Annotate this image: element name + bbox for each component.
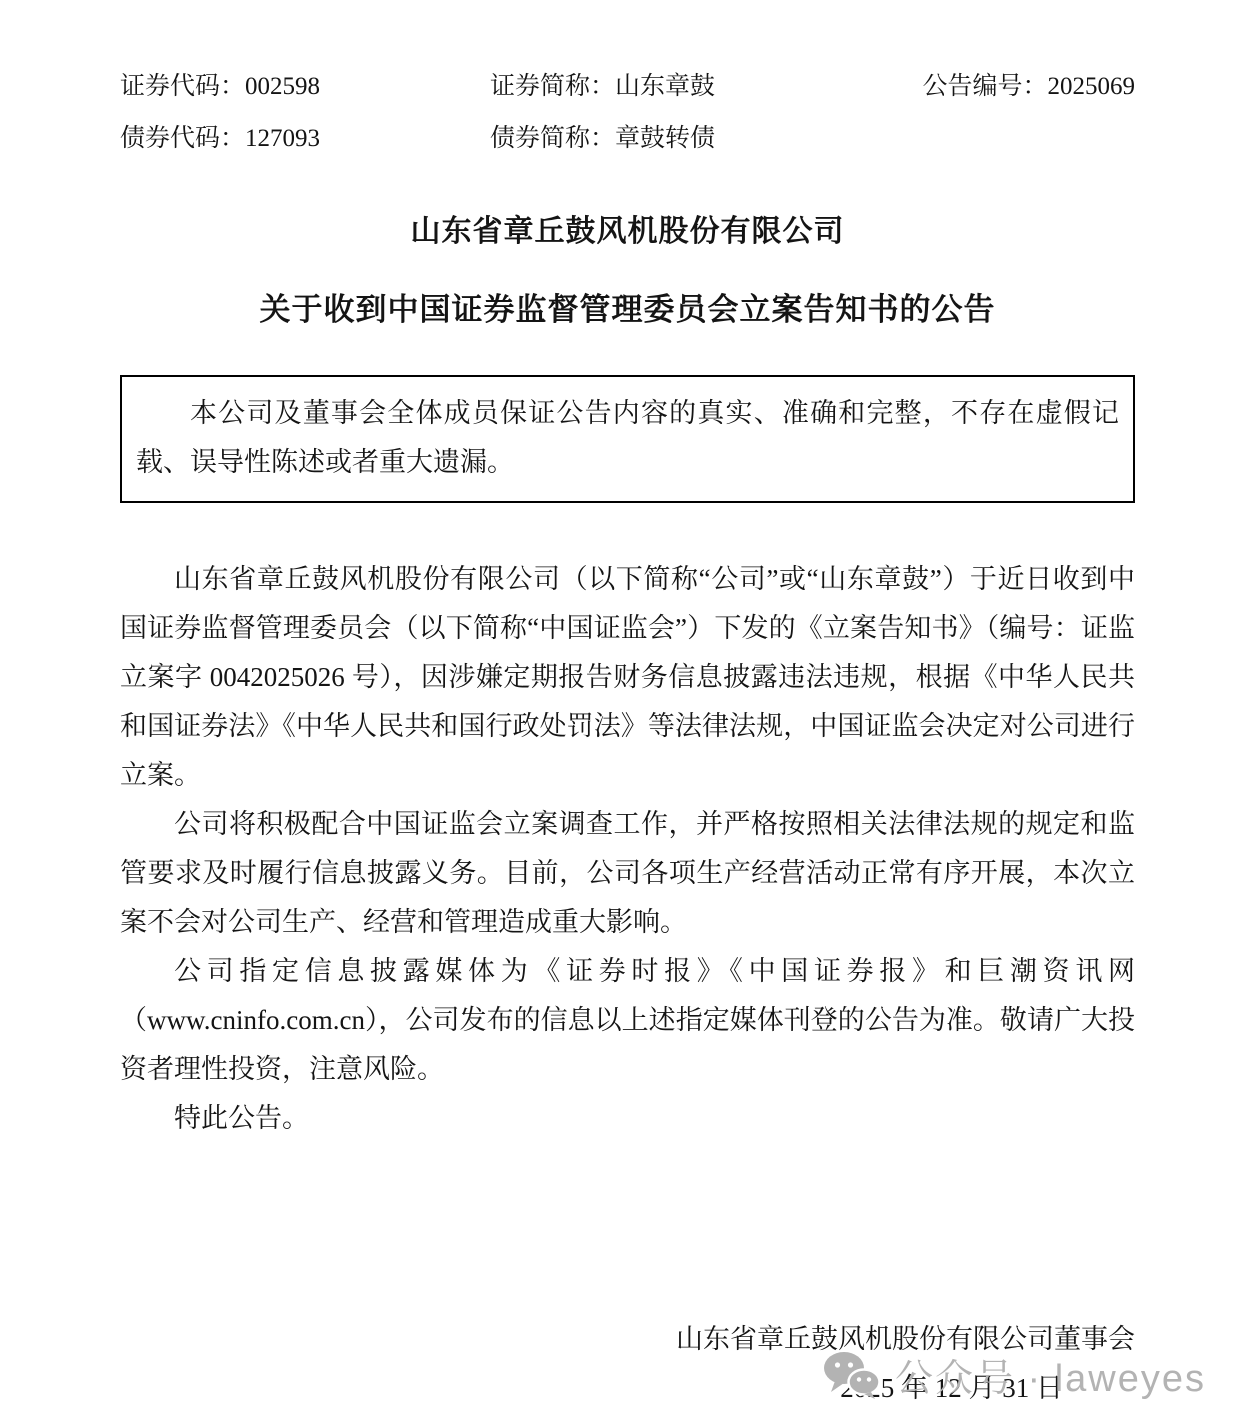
bond-code: 债券代码：127093: [120, 124, 490, 154]
announcement-body: 山东省章丘鼓风机股份有限公司（以下简称“公司”或“山东章鼓”）于近日收到中国证券…: [120, 555, 1135, 1143]
paragraph-filing-notice: 山东省章丘鼓风机股份有限公司（以下简称“公司”或“山东章鼓”）于近日收到中国证券…: [120, 555, 1135, 800]
disclaimer-text: 本公司及董事会全体成员保证公告内容的真实、准确和完整，不存在虚假记载、误导性陈述…: [136, 389, 1119, 487]
wechat-icon: [823, 1351, 881, 1399]
stock-code: 证券代码：002598: [120, 72, 490, 102]
disclaimer-box: 本公司及董事会全体成员保证公告内容的真实、准确和完整，不存在虚假记载、误导性陈述…: [120, 375, 1135, 503]
security-codes-row: 证券代码：002598 证券简称：山东章鼓 公告编号：2025069: [120, 72, 1135, 102]
bond-codes-row: 债券代码：127093 债券简称：章鼓转债: [120, 124, 1135, 154]
announcement-number: 公告编号：2025069: [910, 72, 1135, 102]
watermark-text: 公众号 · laweyes: [895, 1347, 1206, 1402]
paragraph-disclosure-media: 公司指定信息披露媒体为《证券时报》《中国证券报》和巨潮资讯网（www.cninf…: [120, 947, 1135, 1094]
bond-short-name: 债券简称：章鼓转债: [490, 124, 910, 154]
paragraph-closing: 特此公告。: [120, 1094, 1135, 1143]
announcement-document: 证券代码：002598 证券简称：山东章鼓 公告编号：2025069 债券代码：…: [0, 0, 1248, 1426]
announcement-title: 关于收到中国证券监督管理委员会立案告知书的公告: [120, 284, 1135, 329]
watermark-footer: 公众号 · laweyes: [823, 1347, 1206, 1402]
company-name-title: 山东省章丘鼓风机股份有限公司: [120, 206, 1135, 250]
paragraph-cooperation: 公司将积极配合中国证监会立案调查工作，并严格按照相关法律法规的规定和监管要求及时…: [120, 800, 1135, 947]
stock-short-name: 证券简称：山东章鼓: [490, 72, 910, 102]
